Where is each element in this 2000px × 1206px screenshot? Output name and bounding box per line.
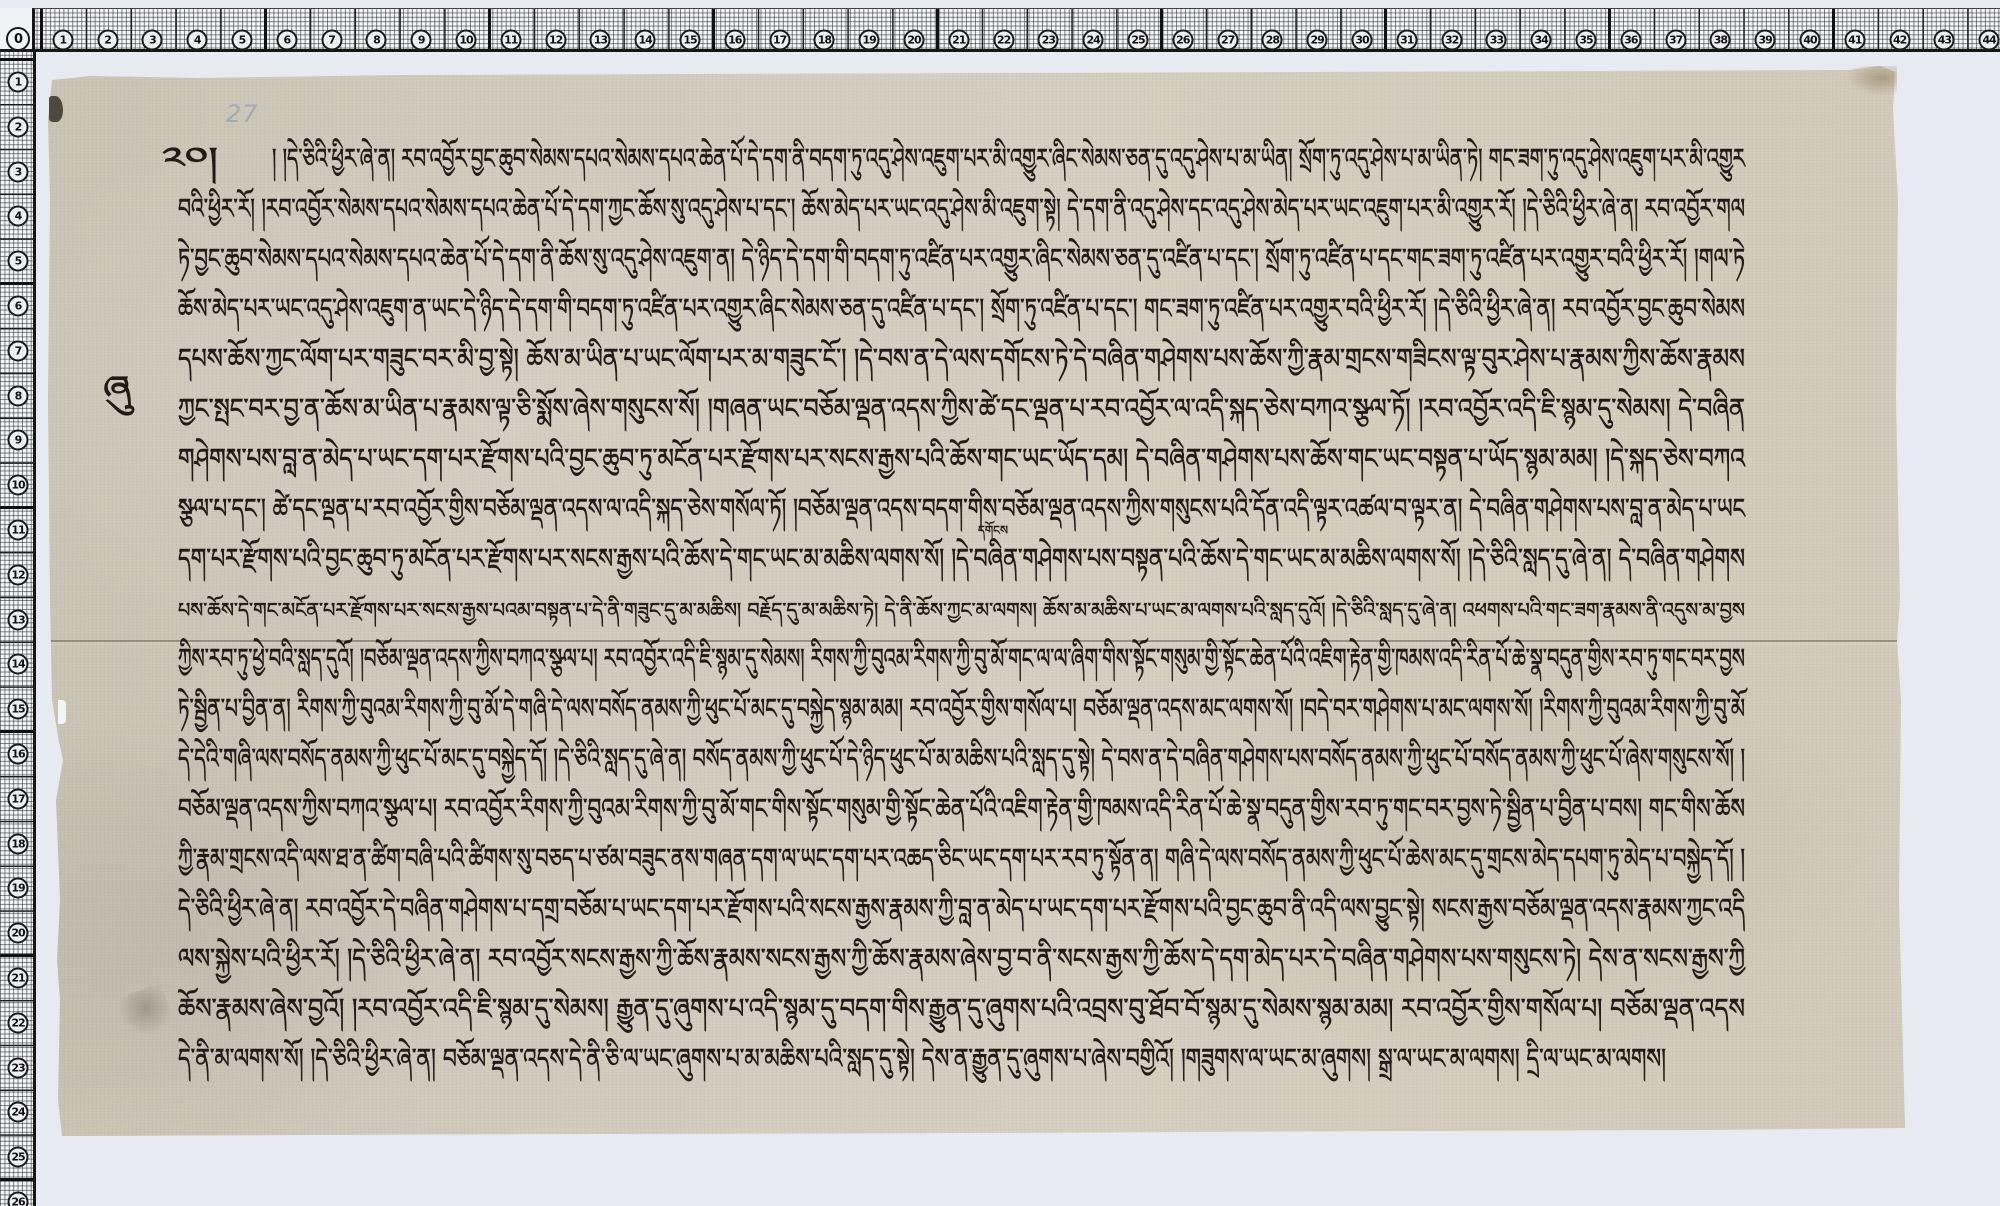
top-ruler-label: 6 xyxy=(276,30,297,51)
left-ruler-label: 10 xyxy=(8,475,29,496)
left-ruler-label: 18 xyxy=(8,833,29,854)
left-ruler-label: 19 xyxy=(8,878,29,899)
top-ruler-label: 9 xyxy=(411,30,432,51)
top-ruler-label: 19 xyxy=(859,30,880,51)
left-ruler-label: 25 xyxy=(8,1147,29,1168)
text-line-16: དེ་ཅིའི་ཕྱིར་ཞེ་ན། རབ་འབྱོར་དེ་བཞིན་གཤེག… xyxy=(178,890,1181,930)
top-ruler-label: 44 xyxy=(1979,30,2000,51)
top-ruler-label: 4 xyxy=(187,30,208,51)
top-ruler-label: 11 xyxy=(500,30,521,51)
top-ruler-label: 23 xyxy=(1038,30,1059,51)
top-ruler-label: 17 xyxy=(769,30,790,51)
top-ruler-label: 31 xyxy=(1396,30,1417,51)
text-line-4: ཆོས་མེད་པར་ཡང་འདུ་ཤེས་འཇུག་ན་ཡང་དེ་ཉིད་ད… xyxy=(178,290,1209,330)
left-ruler-label: 14 xyxy=(8,654,29,675)
folio-number: ༢༠། xyxy=(162,142,180,178)
left-ruler-label: 16 xyxy=(8,744,29,765)
top-ruler-label: 40 xyxy=(1800,30,1821,51)
edge-tear xyxy=(58,700,66,724)
left-ruler-label: 7 xyxy=(8,340,29,361)
top-ruler-label: 27 xyxy=(1217,30,1238,51)
top-ruler-label: 1 xyxy=(52,30,73,51)
top-ruler-label: 24 xyxy=(1083,30,1104,51)
left-ruler-label: 12 xyxy=(8,564,29,585)
top-ruler-label: 5 xyxy=(232,30,253,51)
text-line-19: དེ་ནི་མ་ལགས་སོ། །དེ་ཅིའི་ཕྱིར་ཞེ་ན། བཅོམ… xyxy=(178,1040,1130,1080)
text-line-6: ཀྱང་སྤང་བར་བྱ་ན་ཆོས་མ་ཡིན་པ་རྣམས་ལྟ་ཅི་ས… xyxy=(178,390,1097,430)
text-line-8: སྩལ་པ་དང༌། ཚེ་དང་ལྡན་པ་རབ་འབྱོར་གྱིས་བཅོ… xyxy=(178,490,1199,530)
left-ruler-label: 21 xyxy=(8,968,29,989)
top-ruler-label: 3 xyxy=(142,30,163,51)
left-ruler-label: 20 xyxy=(8,923,29,944)
top-ruler-label: 41 xyxy=(1844,30,1865,51)
left-ruler-label: 13 xyxy=(8,609,29,630)
top-ruler-origin-label: 0 xyxy=(6,27,30,51)
top-ruler-label: 15 xyxy=(680,30,701,51)
top-ruler-label: 43 xyxy=(1934,30,1955,51)
text-line-18: ཆོས་རྣམས་ཞེས་བྱའོ། །རབ་འབྱོར་འདི་ཇི་སྙམ་… xyxy=(178,990,1082,1030)
left-ruler-label: 11 xyxy=(8,520,29,541)
top-ruler-label: 29 xyxy=(1307,30,1328,51)
text-line-13: དེ་དེའི་གཞི་ལས་བསོད་ནམས་ཀྱི་ཕུང་པོ་མང་དུ… xyxy=(178,740,1255,780)
left-ruler-label: 9 xyxy=(8,430,29,451)
text-line-1: ། །དེ་ཅིའི་ཕྱིར་ཞེ་ན། རབ་འབྱོར་བྱང་ཆུབ་ས… xyxy=(272,140,1323,180)
text-line-5: དཔས་ཆོས་ཀྱང་ལོག་པར་གཟུང་བར་མི་བྱ་སྟེ། ཆོ… xyxy=(178,340,1107,380)
top-ruler-label: 32 xyxy=(1441,30,1462,51)
top-ruler-label: 21 xyxy=(948,30,969,51)
left-ruler-label: 24 xyxy=(8,1102,29,1123)
left-ruler-label: 1 xyxy=(8,72,29,93)
left-ruler-label: 3 xyxy=(8,161,29,182)
text-line-7: གཤེགས་པས་བླ་ན་མེད་པ་ཡང་དག་པར་རྫོགས་པའི་བ… xyxy=(178,440,1115,480)
top-ruler-label: 35 xyxy=(1576,30,1597,51)
text-line-14: བཅོམ་ལྡན་འདས་ཀྱིས་བཀའ་སྩལ་པ། རབ་འབྱོར་རི… xyxy=(178,790,1198,830)
ink-smudge-mark xyxy=(49,96,63,122)
left-ruler-label: 6 xyxy=(8,296,29,317)
top-ruler-label: 37 xyxy=(1665,30,1686,51)
top-ruler-label: 10 xyxy=(456,30,477,51)
top-ruler-label: 18 xyxy=(814,30,835,51)
pencil-folio-note: 27 xyxy=(226,100,259,128)
left-ruler-label: 4 xyxy=(8,206,29,227)
top-ruler-label: 13 xyxy=(590,30,611,51)
left-ruler-label: 5 xyxy=(8,251,29,272)
left-ruler-label: 26 xyxy=(8,1192,29,1206)
text-line-2: བའི་ཕྱིར་རོ། །རབ་འབྱོར་སེམས་དཔའ་སེམས་དཔའ… xyxy=(178,190,1262,230)
top-ruler-label: 42 xyxy=(1889,30,1910,51)
torn-corner xyxy=(1845,66,1897,96)
top-ruler-label: 14 xyxy=(635,30,656,51)
text-line-17: ལས་སྐྱེས་པའི་ཕྱིར་རོ། །དེ་ཅིའི་ཕྱིར་ཞེ་ན… xyxy=(178,940,1121,980)
top-ruler-label: 34 xyxy=(1531,30,1552,51)
text-line-9: དག་པར་རྫོགས་པའི་བྱང་ཆུབ་ཏུ་མངོན་པར་རྫོགས… xyxy=(178,540,1171,580)
text-line-11: ཀྱིས་རབ་ཏུ་ཕྱེ་བའི་སླད་དུའོ། །བཅོམ་ལྡན་འ… xyxy=(178,640,1310,680)
text-line-15: ཀྱི་རྣམ་གྲངས་འདི་ལས་ཐ་ན་ཚིག་བཞི་པའི་ཚིགས… xyxy=(178,840,1228,880)
top-ruler-label: 8 xyxy=(366,30,387,51)
top-ruler-label: 36 xyxy=(1620,30,1641,51)
top-ruler-label: 16 xyxy=(724,30,745,51)
left-ruler-label: 15 xyxy=(8,699,29,720)
top-ruler-label: 7 xyxy=(321,30,342,51)
top-ruler-label: 26 xyxy=(1172,30,1193,51)
top-ruler-label: 39 xyxy=(1755,30,1776,51)
text-line-12: ཏེ་སྦྱིན་པ་བྱིན་ན། རིགས་ཀྱི་བུའམ་རིགས་ཀྱ… xyxy=(178,690,1266,730)
left-ruler-label: 2 xyxy=(8,116,29,137)
left-ruler-label: 8 xyxy=(8,385,29,406)
top-ruler-label: 30 xyxy=(1352,30,1373,51)
top-ruler-label: 22 xyxy=(993,30,1014,51)
top-ruler-label: 28 xyxy=(1262,30,1283,51)
top-ruler-label: 2 xyxy=(97,30,118,51)
left-ruler-label: 23 xyxy=(8,1057,29,1078)
text-line-10: པས་ཆོས་དེ་གང་མངོན་པར་རྫོགས་པར་སངས་རྒྱས་པ… xyxy=(178,590,1158,630)
top-ruler-label: 20 xyxy=(904,30,925,51)
top-ruler-label: 38 xyxy=(1710,30,1731,51)
margin-mark: ཞུ xyxy=(103,372,113,408)
top-ruler-label: 33 xyxy=(1486,30,1507,51)
left-ruler-label: 17 xyxy=(8,788,29,809)
text-line-3: ཏེ་བྱང་ཆུབ་སེམས་དཔའ་སེམས་དཔའ་ཆེན་པོ་དེ་ད… xyxy=(178,240,1216,280)
top-ruler-label: 12 xyxy=(545,30,566,51)
top-ruler-label: 25 xyxy=(1128,30,1149,51)
left-ruler-label: 22 xyxy=(8,1012,29,1033)
scan-canvas: 0 1 2 3 4 5 6 7 8 9 10 11 12 13 14 15 16… xyxy=(0,0,2000,1206)
